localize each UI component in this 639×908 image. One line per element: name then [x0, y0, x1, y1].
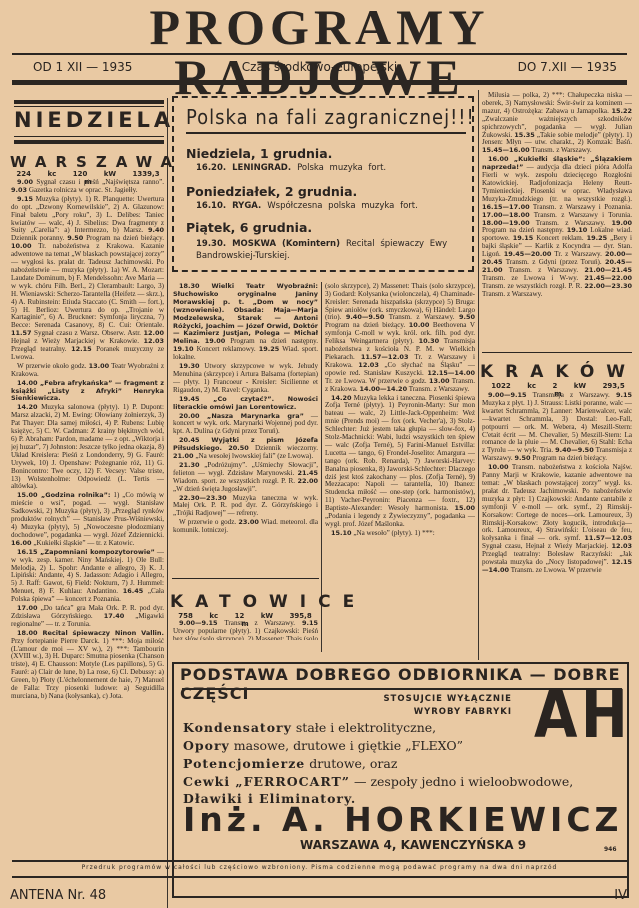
station-katowice: KATOWICE [170, 592, 320, 612]
ad-line: Potencjomierze drutowe, oraz [183, 756, 397, 771]
masthead-rule-thick [12, 80, 627, 85]
abroad-underline [186, 132, 466, 134]
publication-name: ANTENA Nr. 48 [10, 888, 106, 903]
day-header: NIEDZIELA [14, 98, 164, 144]
program-katowice-cont: Milusia — polka, 2) ***: Chałupeczka nis… [482, 92, 632, 392]
ad-use-only: STOSUJCIE WYŁĄCZNIE [352, 694, 512, 704]
ad-line: Kondensatory stałe i elektrolityczne, [183, 720, 436, 735]
copyright-notice: Przedruk programów w całości lub częścio… [12, 864, 627, 871]
program-krakow: 9.00—9.15 Transmisja z Warszawy. 9.15 Mu… [482, 392, 632, 654]
company-address: WARSZAWA 4, KAWENCZYŃSKA 9 [300, 838, 526, 852]
masthead-rule [12, 53, 627, 55]
abroad-heading: Polska na fali zagranicznej!!! [186, 105, 475, 129]
ad-line: Opory masowe, drutowe i giętkie „FLEXO” [183, 738, 463, 753]
abroad-item: 16.20. LENINGRAD. Polska muzyka fort. [196, 163, 386, 173]
section-divider [172, 578, 319, 579]
program-warszawa: 9.00 Sygnał czasu i pieśń „Najświętsza r… [11, 179, 164, 861]
date-to: DO 7.XII — 1935 [518, 60, 617, 74]
footer-rule [12, 860, 627, 862]
program-katowice: 9.00—9.15 Transm. z Warszawy. 9.15 Utwor… [325, 283, 475, 653]
brand-mark: AH [534, 682, 631, 748]
company-name: Inż. A. HORKIEWICZ [183, 800, 622, 839]
ad-line: Cewki „FERROCART” — zespoły jedno i wiel… [183, 774, 573, 789]
program-warszawa-evening: 18.30 Wielki Teatr Wyobraźni: Słuchowisk… [173, 283, 318, 573]
program-katowice-start: 9.00—9.15 Transm. z Warszawy. 9.15 Utwor… [173, 620, 318, 640]
page-number: IV [614, 888, 627, 903]
abroad-item: 16.10. RYGA. Współczesna polska muzyka f… [196, 201, 418, 211]
station-warszawa: WARSZAWA [10, 153, 166, 171]
abroad-day: Poniedziałek, 2 grudnia. [186, 184, 357, 199]
day-name: NIEDZIELA [14, 108, 164, 132]
station-krakow: KRAKÓW [480, 362, 636, 382]
column-divider [167, 98, 168, 908]
footer-rule [12, 876, 627, 878]
column-divider [478, 90, 479, 660]
abroad-item: 19.30. MOSKWA (Komintern) Recital śpiewa… [196, 238, 464, 262]
ad-number: 946 [604, 846, 617, 853]
ad-factory-products: WYROBY FABRYKI [352, 707, 512, 717]
abroad-day: Niedziela, 1 grudnia. [186, 146, 332, 161]
abroad-day: Piątek, 6 grudnia. [186, 220, 312, 235]
page-title: PROGRAMY RADJOWE [0, 2, 639, 102]
section-divider [482, 352, 632, 353]
